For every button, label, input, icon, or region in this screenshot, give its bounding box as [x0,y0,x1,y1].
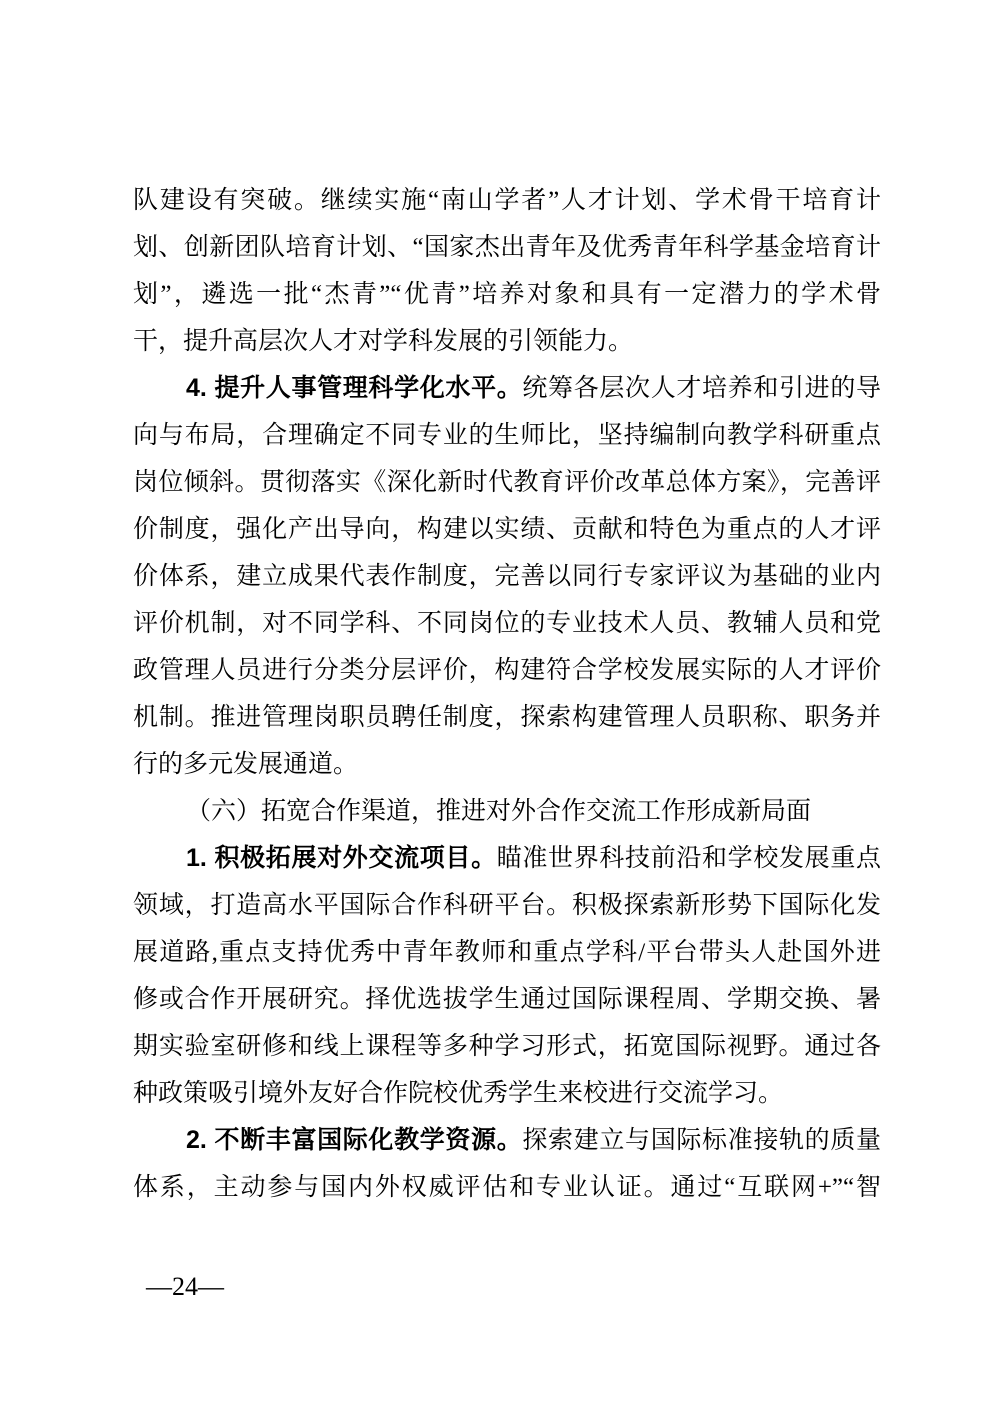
text-run: 队建设有突破。继续实施“南山学者”人才计划、学术骨干培育计 [133,187,881,214]
text-run: 价制度，强化产出导向，构建以实绩、贡献和特色为重点的人才评 [133,516,881,543]
text-run: 划”，遴选一批“杰青”“优青”培养对象和具有一定潜力的学术骨 [133,281,881,308]
text-line: 种政策吸引境外友好合作院校优秀学生来校进行交流学习。 [133,1070,881,1117]
text-line: 划”，遴选一批“杰青”“优青”培养对象和具有一定潜力的学术骨 [133,271,881,318]
text-run: 向与布局，合理确定不同专业的生师比，坚持编制向教学科研重点 [133,422,881,449]
heading-run: 2. 不断丰富国际化教学资源。 [186,1126,522,1154]
text-line: 干，提升高层次人才对学科发展的引领能力。 [133,318,881,365]
document-body: 队建设有突破。继续实施“南山学者”人才计划、学术骨干培育计划、创新团队培育计划、… [133,177,881,1211]
text-line: 价体系，建立成果代表作制度，完善以同行专家评议为基础的业内 [133,553,881,600]
text-line: 政管理人员进行分类分层评价，构建符合学校发展实际的人才评价 [133,647,881,694]
text-line: 岗位倾斜。贯彻落实《深化新时代教育评价改革总体方案》，完善评 [133,459,881,506]
text-line: 修或合作开展研究。择优选拔学生通过国际课程周、学期交换、暑 [133,976,881,1023]
text-run: 评价机制，对不同学科、不同岗位的专业技术人员、教辅人员和党 [133,610,881,637]
text-line: 评价机制，对不同学科、不同岗位的专业技术人员、教辅人员和党 [133,600,881,647]
text-run: 行的多元发展通道。 [133,751,358,778]
text-line: （六）拓宽合作渠道，推进对外合作交流工作形成新局面 [133,788,881,835]
heading-run: 4. 提升人事管理科学化水平。 [186,374,522,402]
document-page: 队建设有突破。继续实施“南山学者”人才计划、学术骨干培育计划、创新团队培育计划、… [0,0,991,1403]
text-line: 4. 提升人事管理科学化水平。统筹各层次人才培养和引进的导 [133,365,881,412]
text-run: 价体系，建立成果代表作制度，完善以同行专家评议为基础的业内 [133,563,881,590]
text-run: 期实验室研修和线上课程等多种学习形式，拓宽国际视野。通过各 [133,1033,881,1060]
text-run: 修或合作开展研究。择优选拔学生通过国际课程周、学期交换、暑 [133,986,881,1013]
text-run: 探索建立与国际标准接轨的质量 [522,1127,881,1154]
text-line: 展道路,重点支持优秀中青年教师和重点学科/平台带头人赴国外进 [133,929,881,976]
text-line: 1. 积极拓展对外交流项目。瞄准世界科技前沿和学校发展重点 [133,835,881,882]
text-run: 政管理人员进行分类分层评价，构建符合学校发展实际的人才评价 [133,657,881,684]
text-run: 干，提升高层次人才对学科发展的引领能力。 [133,328,633,355]
text-line: 划、创新团队培育计划、“国家杰出青年及优秀青年科学基金培育计 [133,224,881,271]
text-line: 价制度，强化产出导向，构建以实绩、贡献和特色为重点的人才评 [133,506,881,553]
text-line: 机制。推进管理岗职员聘任制度，探索构建管理人员职称、职务并 [133,694,881,741]
text-run: 种政策吸引境外友好合作院校优秀学生来校进行交流学习。 [133,1080,783,1107]
text-line: 向与布局，合理确定不同专业的生师比，坚持编制向教学科研重点 [133,412,881,459]
text-run: 机制。推进管理岗职员聘任制度，探索构建管理人员职称、职务并 [133,704,881,731]
text-line: 领域，打造高水平国际合作科研平台。积极探索新形势下国际化发 [133,882,881,929]
section-heading-run: （六）拓宽合作渠道，推进对外合作交流工作形成新局面 [186,798,811,825]
text-run: 展道路,重点支持优秀中青年教师和重点学科/平台带头人赴国外进 [133,939,881,966]
text-run: 领域，打造高水平国际合作科研平台。积极探索新形势下国际化发 [133,892,881,919]
text-run: 统筹各层次人才培养和引进的导 [522,375,881,402]
text-line: 体系，主动参与国内外权威评估和专业认证。通过“互联网+”“智 [133,1164,881,1211]
heading-run: 1. 积极拓展对外交流项目。 [186,844,497,872]
page-number: —24— [146,1272,224,1302]
text-run: 岗位倾斜。贯彻落实《深化新时代教育评价改革总体方案》，完善评 [133,469,881,496]
text-run: 划、创新团队培育计划、“国家杰出青年及优秀青年科学基金培育计 [133,234,881,261]
text-run: 瞄准世界科技前沿和学校发展重点 [497,845,881,872]
text-line: 行的多元发展通道。 [133,741,881,788]
text-line: 2. 不断丰富国际化教学资源。探索建立与国际标准接轨的质量 [133,1117,881,1164]
text-line: 队建设有突破。继续实施“南山学者”人才计划、学术骨干培育计 [133,177,881,224]
text-line: 期实验室研修和线上课程等多种学习形式，拓宽国际视野。通过各 [133,1023,881,1070]
text-run: 体系，主动参与国内外权威评估和专业认证。通过“互联网+”“智 [133,1174,881,1201]
